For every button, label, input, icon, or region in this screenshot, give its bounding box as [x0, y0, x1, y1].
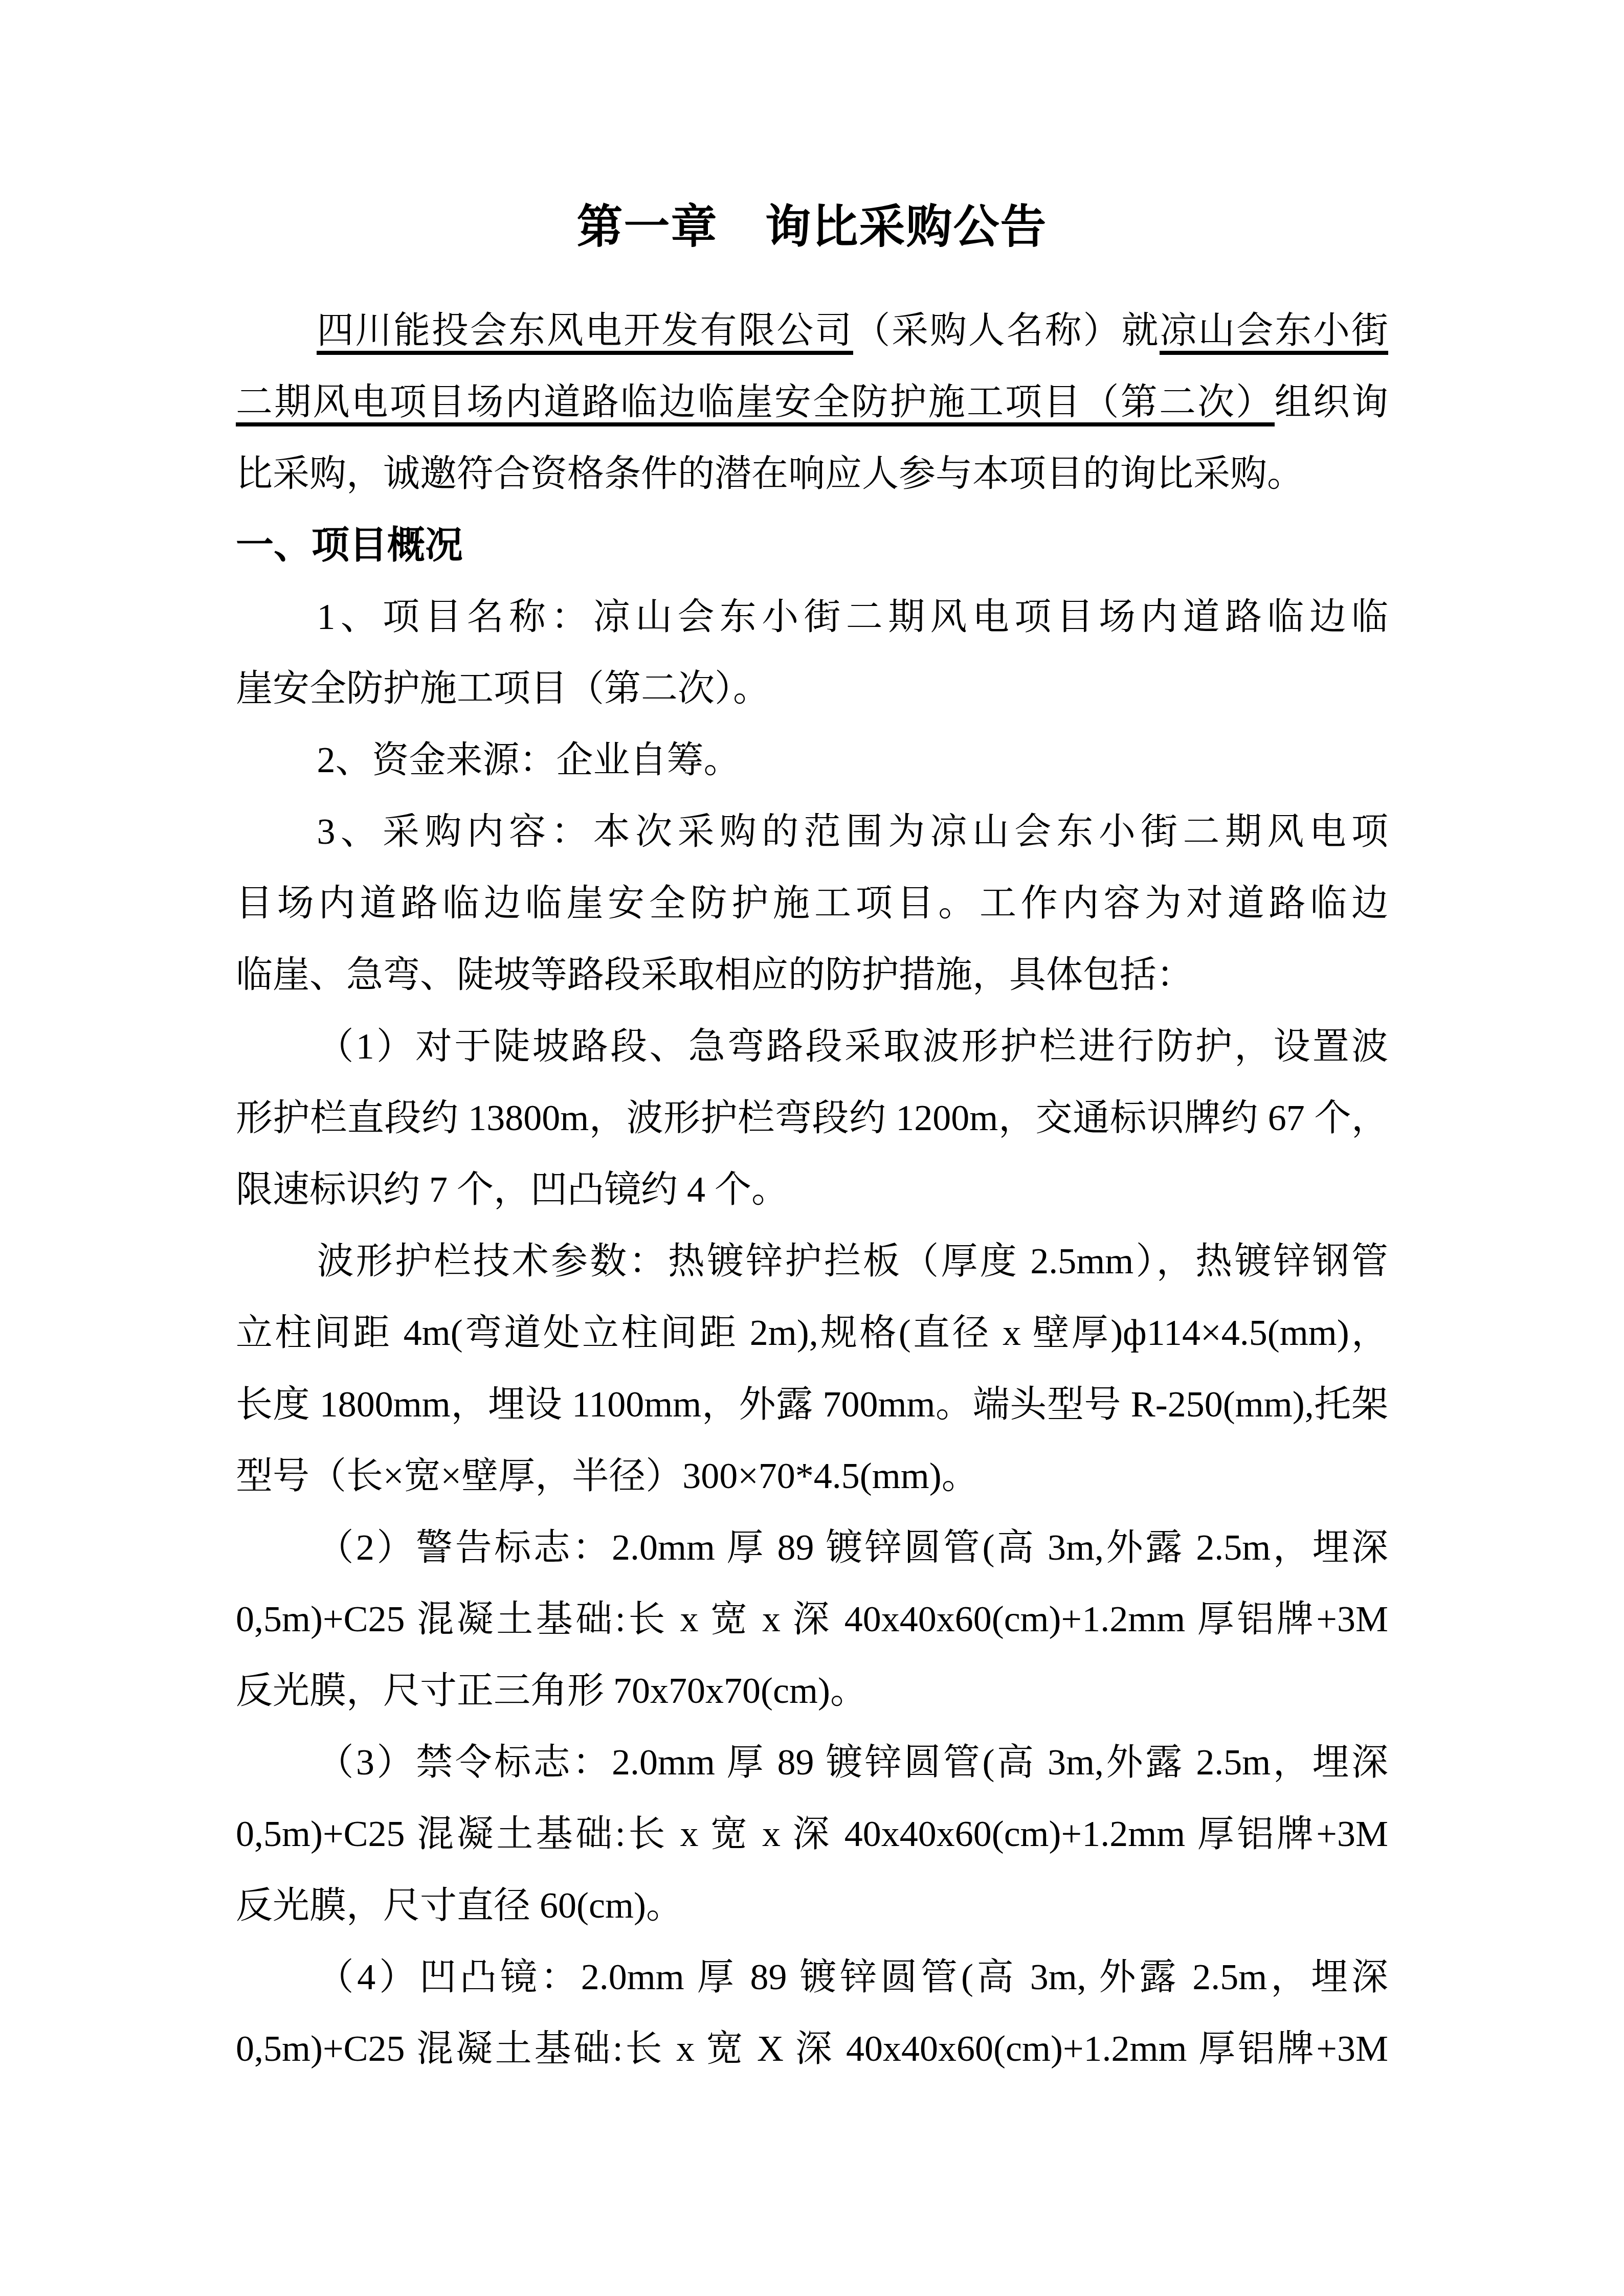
tech-line-1: 波形护栏技术参数：热镀锌护拦板（厚度 2.5mm），热镀锌钢管 [236, 1225, 1388, 1297]
item3-line-3: 临崖、急弯、陡坡等路段采取相应的防护措施，具体包括： [236, 939, 1388, 1010]
intro-line-3: 比采购，诚邀符合资格条件的潜在响应人参与本项目的询比采购。 [236, 438, 1388, 509]
item1-line-1: 1、项目名称：凉山会东小街二期风电项目场内道路临边临 [236, 581, 1388, 652]
item1-line-2: 崖安全防护施工项目（第二次）。 [236, 652, 1388, 724]
sub1-line-2: 形护栏直段约 13800m，波形护栏弯段约 1200m，交通标识牌约 67 个， [236, 1082, 1388, 1154]
intro-line-1-middle: （采购人名称）就 [853, 310, 1160, 351]
sub2-line-1: （2）警告标志：2.0mm 厚 89 镀锌圆管(高 3m,外露 2.5m，埋深 [236, 1512, 1388, 1583]
tech-line-2: 立柱间距 4m(弯道处立柱间距 2m),规格(直径 x 壁厚)ф114×4.5(… [236, 1297, 1388, 1368]
sub4-line-2: 0,5m)+C25 混凝土基础:长 x 宽 X 深 40x40x60(cm)+1… [236, 2013, 1388, 2084]
sub3-line-1: （3）禁令标志：2.0mm 厚 89 镀锌圆管(高 3m,外露 2.5m，埋深 [236, 1726, 1388, 1798]
sub1-line-3: 限速标识约 7 个，凹凸镜约 4 个。 [236, 1154, 1388, 1225]
tech-line-3: 长度 1800mm，埋设 1100mm，外露 700mm。端头型号 R-250(… [236, 1368, 1388, 1440]
item2-line-1: 2、资金来源：企业自筹。 [236, 724, 1388, 796]
intro-line-2: 二期风电项目场内道路临边临崖安全防护施工项目（第二次）组织询 [236, 366, 1388, 438]
item3-line-1: 3、采购内容：本次采购的范围为凉山会东小街二期风电项 [236, 796, 1388, 867]
sub1-line-1: （1）对于陡坡路段、急弯路段采取波形护栏进行防护，设置波 [236, 1010, 1388, 1082]
sub2-line-2: 0,5m)+C25 混凝土基础:长 x 宽 x 深 40x40x60(cm)+1… [236, 1583, 1388, 1655]
sub3-line-2: 0,5m)+C25 混凝土基础:长 x 宽 x 深 40x40x60(cm)+1… [236, 1798, 1388, 1870]
sub3-line-3: 反光膜，尺寸直径 60(cm)。 [236, 1870, 1388, 1941]
sub2-line-3: 反光膜，尺寸正三角形 70x70x70(cm)。 [236, 1655, 1388, 1726]
document-body: 四川能投会东风电开发有限公司（采购人名称）就凉山会东小街 二期风电项目场内道路临… [236, 295, 1388, 2084]
underlined-project-name-end: 二期风电项目场内道路临边临崖安全防护施工项目（第二次） [236, 381, 1275, 426]
tech-line-4: 型号（长×宽×壁厚，半径）300×70*4.5(mm)。 [236, 1440, 1388, 1512]
underlined-project-name-start: 凉山会东小街 [1160, 310, 1388, 355]
document-page: 第一章 询比采购公告 四川能投会东风电开发有限公司（采购人名称）就凉山会东小街 … [0, 0, 1624, 2296]
chapter-title: 第一章 询比采购公告 [0, 182, 1624, 272]
sub4-line-1: （4）凹凸镜：2.0mm 厚 89 镀锌圆管(高 3m, 外露 2.5m，埋深 [236, 1941, 1388, 2013]
item3-line-2: 目场内道路临边临崖安全防护施工项目。工作内容为对道路临边 [236, 867, 1388, 939]
intro-line-2-tail: 组织询 [1275, 381, 1388, 422]
underlined-buyer-name: 四川能投会东风电开发有限公司 [317, 310, 853, 355]
section-heading-project-overview: 一、项目概况 [236, 509, 1388, 581]
intro-line-1: 四川能投会东风电开发有限公司（采购人名称）就凉山会东小街 [236, 295, 1388, 366]
